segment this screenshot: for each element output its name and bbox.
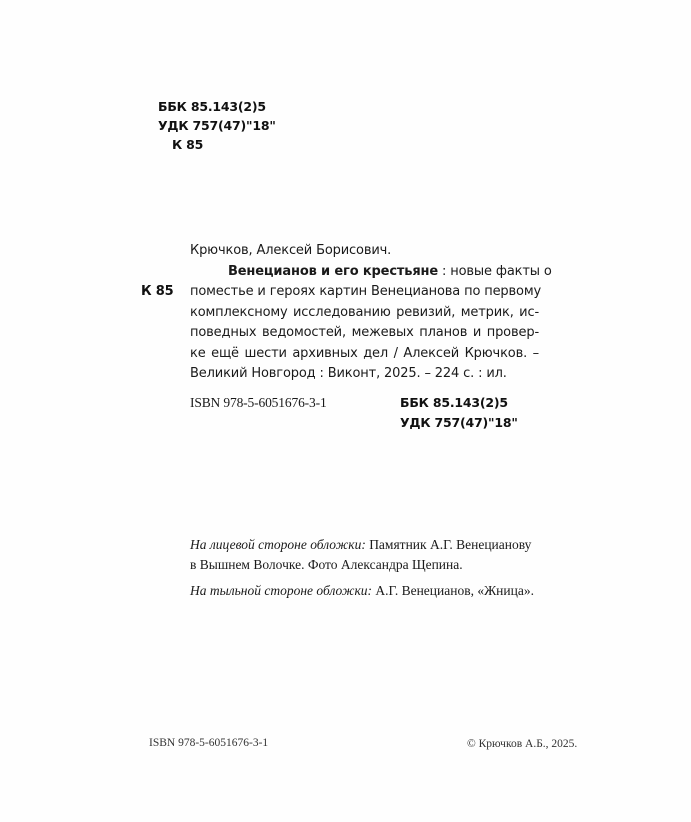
card-description-line: Великий Новгород : Виконт, 2025. – 224 с…: [190, 364, 539, 385]
card-author: Крючков, Алексей Борисович.: [190, 241, 539, 262]
top-author-mark: К 85: [172, 135, 203, 154]
footer-isbn: ISBN 978-5-6051676-3-1: [149, 737, 268, 749]
card-description-line: комплексному исследованию ревизий, метри…: [190, 303, 539, 324]
card-description-line: ке ещё шести архивных дел / Алексей Крюч…: [190, 344, 539, 365]
card-title: Венецианов и его крестьяне: [228, 264, 438, 279]
back-cover-note: На тыльной стороне обложки: А.Г. Венециа…: [190, 580, 534, 601]
top-udk-code: УДК 757(47)"18": [158, 116, 276, 135]
front-cover-text: Памятник А.Г. Венецианову: [366, 537, 532, 552]
back-cover-text: А.Г. Венецианов, «Жница».: [372, 583, 534, 598]
card-title-rest: : новые факты о: [438, 264, 552, 279]
card-author-mark: К 85: [141, 282, 173, 301]
card-title-line: Венецианов и его крестьяне : новые факты…: [190, 262, 539, 283]
card-description-line: поместье и героях картин Венецианова по …: [190, 282, 539, 303]
front-cover-note: На лицевой стороне обложки: Памятник А.Г…: [190, 534, 531, 555]
catalog-card-body: Крючков, Алексей Борисович. Венецианов и…: [190, 241, 539, 385]
copyright-page: ББК 85.143(2)5 УДК 757(47)"18" К 85 К 85…: [0, 0, 691, 822]
front-cover-label: На лицевой стороне обложки:: [190, 537, 366, 552]
card-isbn: ISBN 978-5-6051676-3-1: [190, 393, 327, 414]
card-udk-code: УДК 757(47)"18": [400, 413, 518, 432]
footer-copyright: © Крючков А.Б., 2025.: [467, 738, 577, 750]
back-cover-label: На тыльной стороне обложки:: [190, 583, 372, 598]
top-bbk-code: ББК 85.143(2)5: [158, 97, 266, 116]
front-cover-note-line2: в Вышнем Волочке. Фото Александра Щепина…: [190, 554, 463, 575]
card-description-line: поведных ведомостей, межевых планов и пр…: [190, 323, 539, 344]
card-bbk-code: ББК 85.143(2)5: [400, 393, 508, 412]
